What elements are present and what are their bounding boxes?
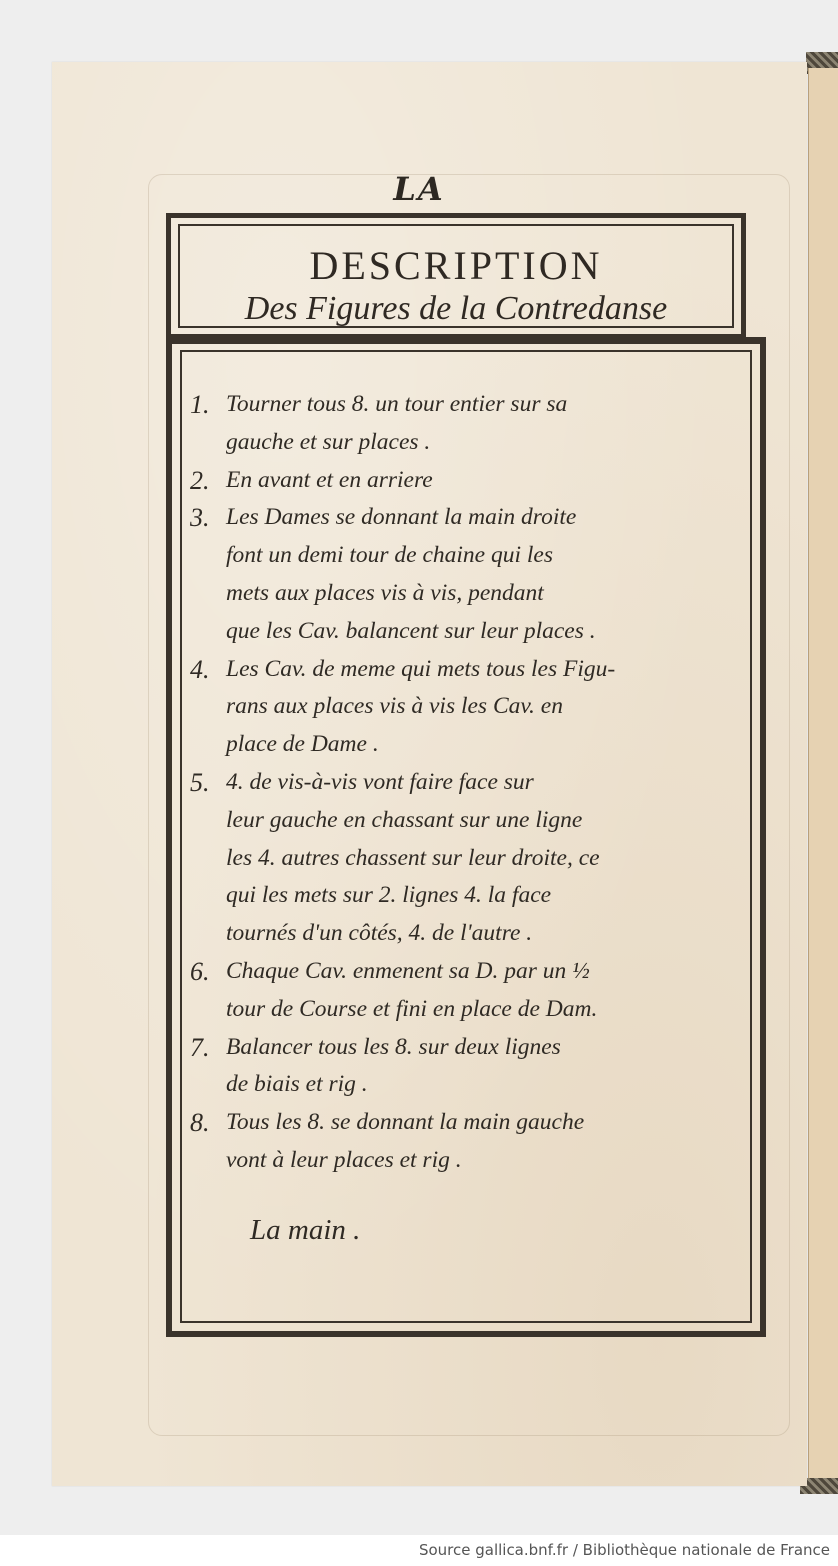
item-line: gauche et sur places .	[226, 424, 750, 462]
list-item: 8. Tous les 8. se donnant la main gauche…	[190, 1104, 750, 1180]
item-line: En avant et en arriere	[226, 462, 750, 500]
footer-bar: Source gallica.bnf.fr / Bibliothèque nat…	[0, 1535, 838, 1566]
list-item: 1. Tourner tous 8. un tour entier sur sa…	[190, 386, 750, 462]
page-title: DESCRIPTION	[180, 242, 732, 289]
item-line: de biais et rig .	[226, 1066, 750, 1104]
figures-list: 1. Tourner tous 8. un tour entier sur sa…	[190, 386, 750, 1180]
item-line: vont à leur places et rig .	[226, 1142, 750, 1180]
item-line: mets aux places vis à vis, pendant	[226, 575, 750, 613]
item-line: leur gauche en chassant sur une ligne	[226, 802, 750, 840]
title-cartouche: DESCRIPTION Des Figures de la Contredans…	[166, 213, 746, 339]
list-item: 5. 4. de vis-à-vis vont faire face sur l…	[190, 764, 750, 953]
item-line: Balancer tous les 8. sur deux lignes	[226, 1029, 750, 1067]
item-line: tournés d'un côtés, 4. de l'autre .	[226, 915, 750, 953]
title-inner-border: DESCRIPTION Des Figures de la Contredans…	[178, 224, 734, 328]
item-line: qui les mets sur 2. lignes 4. la face	[226, 877, 750, 915]
running-head: LA	[0, 170, 838, 208]
item-line: les 4. autres chassent sur leur droite, …	[226, 840, 750, 878]
item-line: font un demi tour de chaine qui les	[226, 537, 750, 575]
item-line: Chaque Cav. enmenent sa D. par un ½	[226, 953, 750, 991]
item-number: 3.	[190, 499, 210, 537]
list-item: 4. Les Cav. de meme qui mets tous les Fi…	[190, 651, 750, 764]
item-number: 8.	[190, 1104, 210, 1142]
list-item: 7. Balancer tous les 8. sur deux lignes …	[190, 1029, 750, 1105]
item-line: Les Dames se donnant la main droite	[226, 499, 750, 537]
item-number: 2.	[190, 462, 210, 500]
item-line: tour de Course et fini en place de Dam.	[226, 991, 750, 1029]
item-line: Tous les 8. se donnant la main gauche	[226, 1104, 750, 1142]
list-item: 6. Chaque Cav. enmenent sa D. par un ½ t…	[190, 953, 750, 1029]
item-number: 7.	[190, 1029, 210, 1067]
item-line: que les Cav. balancent sur leur places .	[226, 613, 750, 651]
list-item: 3. Les Dames se donnant la main droite f…	[190, 499, 750, 650]
list-item: 2. En avant et en arriere	[190, 462, 750, 500]
item-line: 4. de vis-à-vis vont faire face sur	[226, 764, 750, 802]
item-number: 4.	[190, 651, 210, 689]
adjacent-page-edge	[808, 68, 838, 1488]
item-line: Tourner tous 8. un tour entier sur sa	[226, 386, 750, 424]
item-number: 6.	[190, 953, 210, 991]
page-subtitle: Des Figures de la Contredanse	[180, 290, 732, 328]
item-number: 5.	[190, 764, 210, 802]
closing-text: La main .	[250, 1214, 360, 1247]
item-line: rans aux places vis à vis les Cav. en	[226, 688, 750, 726]
item-line: place de Dame .	[226, 726, 750, 764]
item-line: Les Cav. de meme qui mets tous les Figu-	[226, 651, 750, 689]
source-credit: Source gallica.bnf.fr / Bibliothèque nat…	[419, 1541, 830, 1559]
item-number: 1.	[190, 386, 210, 424]
